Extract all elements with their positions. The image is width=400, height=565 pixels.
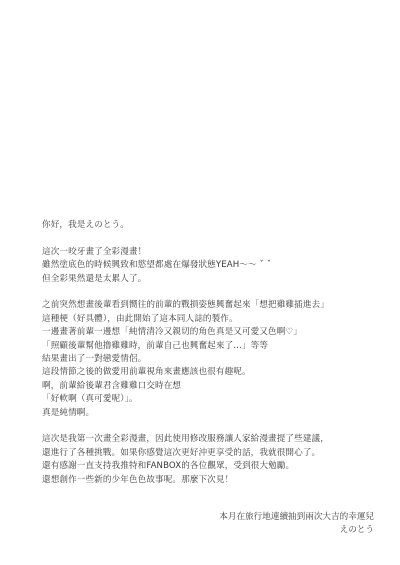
text-line: 這次是我第一次畫全彩漫畫，因此使用修改服務讓人家給漫畫提了些建議， — [42, 433, 387, 446]
paragraph-3: 這次是我第一次畫全彩漫畫，因此使用修改服務讓人家給漫畫提了些建議， 還進行了各種… — [42, 433, 387, 487]
afterword-body: 你好，我是えのとう。 這次一咬牙畫了全彩漫畫！ 雖然塗底色的時候興致和慾望都處在… — [42, 219, 387, 487]
text-line: 還有感謝一直支持我推特和FANBOX的各位觀眾，受到很大勉勵。 — [42, 460, 387, 473]
text-line: 啊，前輩給後輩君含雞雞口交時在想 — [42, 380, 387, 393]
signature-author: えのとう — [219, 524, 374, 537]
text-line: 「好軟啊（真可愛呢）」。 — [42, 393, 387, 406]
text-line: 雖然塗底色的時候興致和慾望都處在爆發狀態YEAH～～ ˇ ˇ — [42, 259, 387, 272]
text-line: 「照顧後輩幫他撸雞雞時，前輩自己也興奮起來了…」等等 — [42, 340, 387, 353]
text-line: 這段情節之後的做愛用前輩視角來畫應該也很有趣呢。 — [42, 366, 387, 379]
text-line: 還進行了各種挑戰。如果你感覺這次更好沖更享受的話，我就很開心了。 — [42, 447, 387, 460]
signature-note: 本月在旅行地連續抽到兩次大吉的幸運兒 — [219, 511, 374, 524]
document-page: 你好，我是えのとう。 這次一咬牙畫了全彩漫畫！ 雖然塗底色的時候興致和慾望都處在… — [0, 0, 400, 565]
text-line: 結果畫出了一對戀愛情侶。 — [42, 353, 387, 366]
text-line: 這次一咬牙畫了全彩漫畫！ — [42, 246, 387, 259]
greeting: 你好，我是えのとう。 — [42, 219, 387, 232]
text-line: 還想創作一些新的少年色色故事呢。那麼下次見！ — [42, 474, 387, 487]
text-line: 真是純情啊。 — [42, 407, 387, 420]
text-line: 這種梗（好具體），由此開始了這本同人誌的製作。 — [42, 313, 387, 326]
signature-block: 本月在旅行地連續抽到兩次大吉的幸運兒 えのとう — [219, 511, 374, 536]
text-line: 之前突然想畫後輩看到嚮往的前輩的戰損姿態興奮起來「想把雞雞插進去」 — [42, 299, 387, 312]
paragraph-2: 之前突然想畫後輩看到嚮往的前輩的戰損姿態興奮起來「想把雞雞插進去」 這種梗（好具… — [42, 299, 387, 420]
paragraph-1: 這次一咬牙畫了全彩漫畫！ 雖然塗底色的時候興致和慾望都處在爆發狀態YEAH～～ … — [42, 246, 387, 286]
text-line: 一邊畫著前輩一邊想「純情清冷又親切的角色真是又可愛又色啊♡」 — [42, 326, 387, 339]
text-line: 但全彩果然還是太累人了。 — [42, 273, 387, 286]
